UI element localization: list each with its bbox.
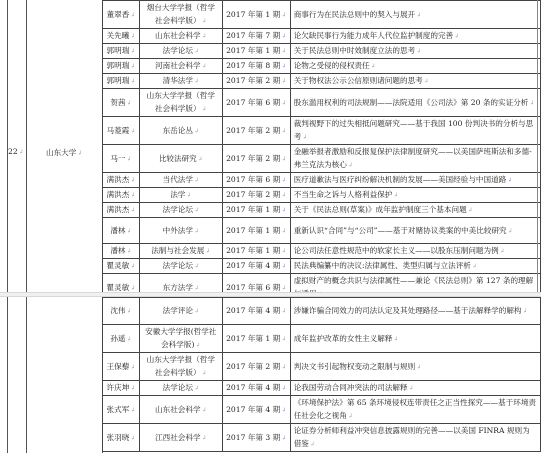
title-cell: 股东滥用权利的司法规制——法院适用《公司法》第 20 条的实证分析↲	[290, 89, 540, 117]
publications-table-page-2: 沈伟↲法学评论↲2017 年第 4 期↲涉嫌诈骗合同效力的司法认定及其处理路径—…	[102, 297, 541, 452]
paragraph-mark-icon: ↲	[302, 134, 307, 141]
issue-cell: 2017 年第 1 期↲	[222, 218, 290, 244]
paragraph-mark-icon: ↲	[186, 192, 191, 199]
title-cell: 金融举报者激励和反报复保护法律制度研究——以美国萨班斯法和多德-弗兰克法为核心↲	[290, 145, 540, 173]
paragraph-mark-icon: ↲	[507, 177, 512, 184]
title-cell: 涉嫌诈骗合同效力的司法认定及其处理路径——基于法解释学的解构↲	[290, 298, 540, 325]
table-row: 潘林↲中外法学↲2017 年第 1 期↲重新认识“合同”与“公司”——基于对赌协…	[103, 218, 541, 244]
journal-cell: 清华法学↲	[139, 74, 222, 89]
paragraph-mark-icon: ↲	[130, 63, 135, 70]
issue-cell: 2017 年第 4 期↲	[222, 396, 290, 424]
paragraph-mark-icon: ↲	[194, 207, 199, 214]
journal-cell: 山东大学学报（哲学社会科学版）↲	[139, 89, 222, 117]
paragraph-mark-icon: ↲	[281, 128, 286, 135]
journal-cell: 山东大学学报（哲学社会科学版）↲	[139, 353, 222, 381]
paragraph-mark-icon: ↲	[127, 308, 132, 315]
paragraph-mark-icon: ↲	[281, 207, 286, 214]
paragraph-mark-icon: ↲	[194, 78, 199, 85]
paragraph-mark-icon: ↲	[393, 192, 398, 199]
paragraph-mark-icon: ↲	[205, 248, 210, 255]
table-row: 马一↲比较法研究↲2017 年第 2 期↲金融举报者激励和反报复保护法律制度研究…	[103, 145, 541, 173]
paragraph-mark-icon: ↲	[130, 285, 135, 292]
table-row: 郭明瑞↲清华法学↲2017 年第 2 期↲关于物权法公示公信原则诸问题的思考↲	[103, 74, 541, 89]
paragraph-mark-icon: ↲	[130, 364, 135, 371]
author-cell: 瞿灵敏↲	[103, 259, 140, 274]
paragraph-mark-icon: ↲	[281, 48, 286, 55]
paragraph-mark-icon: ↲	[348, 413, 353, 420]
paragraph-mark-icon: ↲	[130, 33, 135, 40]
journal-cell: 东岳论丛↲	[139, 117, 222, 145]
title-cell: 成年监护改革的女性主义解释↲	[290, 325, 540, 353]
paragraph-mark-icon: ↲	[281, 192, 286, 199]
paragraph-mark-icon: ↲	[194, 263, 199, 270]
table-row: 瞿灵敏↲法学论坛↲2017 年第 4 期↲民法典编纂中的决议:法律属性、类型归属…	[103, 259, 541, 274]
table-row: 满洪杰↲法学论坛↲2017 年第 1 期↲关于《民法总则(草案)》成年监护制度三…	[103, 203, 541, 218]
paragraph-mark-icon: ↲	[281, 100, 286, 107]
paragraph-mark-icon: ↲	[281, 78, 286, 85]
issue-cell: 2017 年第 7 期↲	[222, 29, 290, 44]
issue-cell: 2017 年第 2 期↲	[222, 74, 290, 89]
paragraph-mark-icon: ↲	[281, 33, 286, 40]
table-row: 董翠香↲烟台大学学报（哲学社会科学版）↲2017 年第 1 期↲商事行为在民法总…	[103, 1, 541, 29]
paragraph-mark-icon: ↲	[130, 128, 135, 135]
paragraph-mark-icon: ↲	[416, 12, 421, 19]
column-divider-index	[26, 297, 27, 453]
paragraph-mark-icon: ↲	[202, 63, 207, 70]
table-row: 孙遥↲安徽大学学报(哲学社会科学版)↲2017 年第 1 期↲成年监护改革的女性…	[103, 325, 541, 353]
paragraph-mark-icon: ↲	[281, 285, 286, 292]
paragraph-mark-icon: ↲	[202, 407, 207, 414]
paragraph-mark-icon: ↲	[281, 228, 286, 235]
paragraph-mark-icon: ↲	[472, 263, 477, 270]
paragraph-mark-icon: ↲	[281, 385, 286, 392]
journal-cell: 烟台大学学报（哲学社会科学版）↲	[139, 1, 222, 29]
table-row: 王保藜↲山东大学学报（哲学社会科学版）↲2017 年第 2 期↲判决文书引起物权…	[103, 353, 541, 381]
table-row: 郭明瑞↲河南社会科学↲2017 年第 8 期↲论物之受侵的侵权责任↲	[103, 59, 541, 74]
paragraph-mark-icon: ↲	[127, 336, 132, 343]
paragraph-mark-icon: ↲	[130, 78, 135, 85]
issue-cell: 2017 年第 1 期↲	[222, 244, 290, 259]
paragraph-mark-icon: ↲	[127, 248, 132, 255]
issue-cell: 2017 年第 2 期↲	[222, 117, 290, 145]
journal-cell: 比较法研究↲	[139, 145, 222, 173]
paragraph-mark-icon: ↲	[202, 18, 207, 25]
table-row: 潘林↲法制与社会发展↲2017 年第 1 期↲论公司法任意性规范中的软家长主义—…	[103, 244, 541, 259]
paragraph-mark-icon: ↲	[416, 48, 421, 55]
author-cell: 郭明瑞↲	[103, 44, 140, 59]
table-row: 满洪杰↲法学↲2017 年第 2 期↲不当生命之诉与人格利益保护↲	[103, 188, 541, 203]
paragraph-mark-icon: ↲	[281, 336, 286, 343]
title-cell: 重新认识“合同”与“公司”——基于对赌协议类案的中美比较研究↲	[290, 218, 540, 244]
paragraph-mark-icon: ↲	[194, 128, 199, 135]
journal-cell: 当代法学↲	[139, 173, 222, 188]
title-cell: 不当生命之诉与人格利益保护↲	[290, 188, 540, 203]
paragraph-mark-icon: ↲	[130, 407, 135, 414]
paragraph-mark-icon: ↲	[202, 370, 207, 377]
title-cell: 论我国劳动合同冲突法的司法解释↲	[290, 381, 540, 396]
title-cell: 关于民法总则中时效制度立法的思考↲	[290, 44, 540, 59]
paragraph-mark-icon: ↲	[202, 33, 207, 40]
university-name: 山东大学↲	[46, 147, 82, 158]
column-divider-index	[26, 0, 27, 292]
journal-cell: 安徽大学学报(哲学社会科学版)↲	[139, 325, 222, 353]
paragraph-mark-icon: ↲	[281, 263, 286, 270]
table-row: 关先曦↲山东社会科学↲2017 年第 7 期↲论欠缺民事行为能力成年人代位监护制…	[103, 29, 541, 44]
issue-cell: 2017 年第 6 期↲	[222, 89, 290, 117]
paragraph-mark-icon: ↲	[194, 285, 199, 292]
table-row: 张式军↲山东社会科学↲2017 年第 4 期↲《环境保护法》第 65 条环境侵权…	[103, 396, 541, 424]
paragraph-mark-icon: ↲	[281, 156, 286, 163]
title-cell: 关于物权法公示公信原则诸问题的思考↲	[290, 74, 540, 89]
author-cell: 潘林↲	[103, 244, 140, 259]
journal-cell: 山东社会科学↲	[139, 29, 222, 44]
title-cell: 关于《民法总则(草案)》成年监护制度三个基本问题↲	[290, 203, 540, 218]
paragraph-mark-icon: ↲	[409, 385, 414, 392]
author-cell: 董翠香↲	[103, 1, 140, 29]
author-cell: 张羽晓↲	[103, 424, 140, 452]
paragraph-mark-icon: ↲	[508, 228, 513, 235]
journal-cell: 法学论坛↲	[139, 44, 222, 59]
issue-cell: 2017 年第 1 期↲	[222, 203, 290, 218]
paragraph-mark-icon: ↲	[281, 407, 286, 414]
table-row: 郭明瑞↲法学论坛↲2017 年第 1 期↲关于民法总则中时效制度立法的思考↲	[103, 44, 541, 59]
paragraph-mark-icon: ↲	[194, 385, 199, 392]
title-cell: 民法典编纂中的决议:法律属性、类型归属与立法评析↲	[290, 259, 540, 274]
journal-cell: 中外法学↲	[139, 218, 222, 244]
table-left-border	[7, 297, 8, 453]
issue-cell: 2017 年第 4 期↲	[222, 298, 290, 325]
group-index: 22↲	[8, 147, 24, 156]
paragraph-mark-icon: ↲	[393, 336, 398, 343]
author-cell: 满洪杰↲	[103, 203, 140, 218]
issue-cell: 2017 年第 4 期↲	[222, 381, 290, 396]
table-row: 贺茜↲山东大学学报（哲学社会科学版）↲2017 年第 6 期↲股东滥用权利的司法…	[103, 89, 541, 117]
journal-cell: 法学评论↲	[139, 298, 222, 325]
title-cell: 论物之受侵的侵权责任↲	[290, 59, 540, 74]
author-cell: 孙遥↲	[103, 325, 140, 353]
title-cell: 《环境保护法》第 65 条环境侵权连带责任之正当性探究——基于环境责任社会化之视…	[290, 396, 540, 424]
author-cell: 潘林↲	[103, 218, 140, 244]
paragraph-mark-icon: ↲	[194, 48, 199, 55]
issue-cell: 2017 年第 1 期↲	[222, 1, 290, 29]
paragraph-mark-icon: ↲	[198, 156, 203, 163]
table-row: 满洪杰↲当代法学↲2017 年第 6 期↲医疗道歉法与医疗纠纷解决机制的发展——…	[103, 173, 541, 188]
issue-cell: 2017 年第 1 期↲	[222, 44, 290, 59]
issue-cell: 2017 年第 8 期↲	[222, 59, 290, 74]
title-cell: 商事行为在民法总则中的契入与展开↲	[290, 1, 540, 29]
journal-cell: 法学↲	[139, 188, 222, 203]
document-page-2: 沈伟↲法学评论↲2017 年第 4 期↲涉嫌诈骗合同效力的司法认定及其处理路径—…	[0, 297, 541, 453]
table-row: 张羽晓↲江西社会科学↲2017 年第 3 期↲论证券分析师利益冲突信息披露规则的…	[103, 424, 541, 452]
paragraph-mark-icon: ↲	[130, 48, 135, 55]
paragraph-mark-icon: ↲	[130, 177, 135, 184]
issue-cell: 2017 年第 1 期↲	[222, 325, 290, 353]
paragraph-mark-icon: ↲	[202, 106, 207, 113]
paragraph-mark-icon: ↲	[310, 441, 315, 448]
paragraph-mark-icon: ↲	[371, 63, 376, 70]
paragraph-mark-icon: ↲	[194, 177, 199, 184]
paragraph-mark-icon: ↲	[130, 12, 135, 19]
author-cell: 满洪杰↲	[103, 173, 140, 188]
author-cell: 许庆坤↲	[103, 381, 140, 396]
paragraph-mark-icon: ↲	[130, 207, 135, 214]
journal-cell: 法学论坛↲	[139, 203, 222, 218]
publications-table-page-1: 董翠香↲烟台大学学报（哲学社会科学版）↲2017 年第 1 期↲商事行为在民法总…	[102, 0, 541, 317]
issue-cell: 2017 年第 2 期↲	[222, 188, 290, 203]
page-right-edge	[537, 0, 538, 292]
journal-cell: 法学论坛↲	[139, 381, 222, 396]
author-cell: 郭明瑞↲	[103, 74, 140, 89]
paragraph-mark-icon: ↲	[130, 263, 135, 270]
paragraph-mark-icon: ↲	[194, 308, 199, 315]
paragraph-mark-icon: ↲	[500, 248, 505, 255]
paragraph-mark-icon: ↲	[127, 228, 132, 235]
table-row: 许庆坤↲法学论坛↲2017 年第 4 期↲论我国劳动合同冲突法的司法解释↲	[103, 381, 541, 396]
author-cell: 王保藜↲	[103, 353, 140, 381]
title-cell: 论公司法任意性规范中的软家长主义——以股东压制问题为例↲	[290, 244, 540, 259]
paragraph-mark-icon: ↲	[127, 156, 132, 163]
paragraph-mark-icon: ↲	[127, 100, 132, 107]
title-cell: 论欠缺民事行为能力成年人代位监护制度的完善↲	[290, 29, 540, 44]
author-cell: 贺茜↲	[103, 89, 140, 117]
title-cell: 裁判视野下的过失相抵问题研究——基于我国 100 份判决书的分析与思考↲	[290, 117, 540, 145]
paragraph-mark-icon: ↲	[130, 435, 135, 442]
title-cell: 判决文书引起物权变动之限制与规则↲	[290, 353, 540, 381]
title-cell: 医疗道歉法与医疗纠纷解决机制的发展——美国经验与中国道路↲	[290, 173, 540, 188]
table-row: 马菱霞↲东岳论丛↲2017 年第 2 期↲裁判视野下的过失相抵问题研究——基于我…	[103, 117, 541, 145]
paragraph-mark-icon: ↲	[454, 33, 459, 40]
paragraph-mark-icon: ↲	[130, 385, 135, 392]
journal-cell: 法学论坛↲	[139, 259, 222, 274]
journal-cell: 法制与社会发展↲	[139, 244, 222, 259]
paragraph-mark-icon: ↲	[281, 364, 286, 371]
paragraph-mark-icon: ↲	[281, 63, 286, 70]
author-cell: 张式军↲	[103, 396, 140, 424]
paragraph-mark-icon: ↲	[281, 248, 286, 255]
author-cell: 关先曦↲	[103, 29, 140, 44]
paragraph-mark-icon: ↲	[281, 435, 286, 442]
paragraph-mark-icon: ↲	[348, 162, 353, 169]
author-cell: 郭明瑞↲	[103, 59, 140, 74]
paragraph-mark-icon: ↲	[130, 192, 135, 199]
document-page-1: 22↲ 山东大学↲ 董翠香↲烟台大学学报（哲学社会科学版）↲2017 年第 1 …	[0, 0, 541, 293]
table-row: 沈伟↲法学评论↲2017 年第 4 期↲涉嫌诈骗合同效力的司法认定及其处理路径—…	[103, 298, 541, 325]
paragraph-mark-icon: ↲	[424, 78, 429, 85]
author-cell: 沈伟↲	[103, 298, 140, 325]
table-left-border	[7, 0, 8, 292]
author-cell: 满洪杰↲	[103, 188, 140, 203]
author-cell: 马一↲	[103, 145, 140, 173]
title-cell: 论证券分析师利益冲突信息披露规则的完善——以美国 FINRA 规则为借鉴↲	[290, 424, 540, 452]
paragraph-mark-icon: ↲	[202, 435, 207, 442]
journal-cell: 江西社会科学↲	[139, 424, 222, 452]
issue-cell: 2017 年第 4 期↲	[222, 259, 290, 274]
paragraph-mark-icon: ↲	[529, 100, 534, 107]
author-cell: 马菱霞↲	[103, 117, 140, 145]
paragraph-mark-icon: ↲	[523, 308, 528, 315]
paragraph-mark-icon: ↲	[281, 308, 286, 315]
issue-cell: 2017 年第 2 期↲	[222, 353, 290, 381]
paragraph-mark-icon: ↲	[281, 177, 286, 184]
issue-cell: 2017 年第 6 期↲	[222, 173, 290, 188]
journal-cell: 河南社会科学↲	[139, 59, 222, 74]
paragraph-mark-icon: ↲	[195, 342, 200, 349]
paragraph-mark-icon: ↲	[416, 364, 421, 371]
paragraph-mark-icon: ↲	[468, 207, 473, 214]
issue-cell: 2017 年第 3 期↲	[222, 424, 290, 452]
issue-cell: 2017 年第 2 期↲	[222, 145, 290, 173]
journal-cell: 山东社会科学↲	[139, 396, 222, 424]
paragraph-mark-icon: ↲	[281, 12, 286, 19]
paragraph-mark-icon: ↲	[194, 228, 199, 235]
